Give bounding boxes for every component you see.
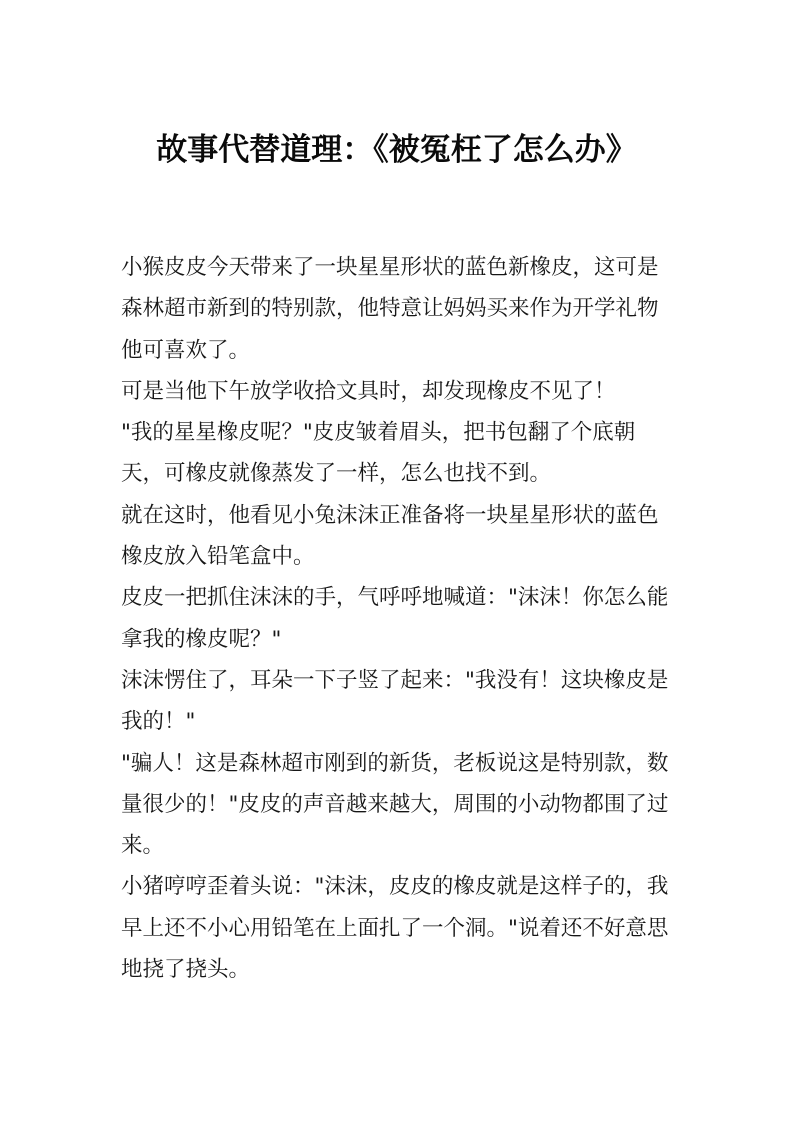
paragraph: 皮皮一把抓住沫沫的手，气呼呼地喊道："沫沫！你怎么能拿我的橡皮呢？" — [121, 577, 677, 660]
paragraph: "我的星星橡皮呢？"皮皮皱着眉头，把书包翻了个底朝天，可橡皮就像蒸发了一样，怎么… — [121, 412, 677, 495]
paragraph: "骗人！这是森林超市刚到的新货，老板说这是特别款，数量很少的！"皮皮的声音越来越… — [121, 743, 677, 867]
story-body: 小猴皮皮今天带来了一块星星形状的蓝色新橡皮，这可是森林超市新到的特别款，他特意让… — [121, 247, 677, 990]
paragraph: 小猴皮皮今天带来了一块星星形状的蓝色新橡皮，这可是森林超市新到的特别款，他特意让… — [121, 247, 677, 371]
paragraph: 可是当他下午放学收拾文具时，却发现橡皮不见了！ — [121, 371, 677, 412]
paragraph: 小猪哼哼歪着头说："沫沫，皮皮的橡皮就是这样子的，我早上还不小心用铅笔在上面扎了… — [121, 866, 677, 990]
paragraph: 沫沫愣住了，耳朵一下子竖了起来："我没有！这块橡皮是我的！" — [121, 660, 677, 743]
document-title: 故事代替道理：《被冤枉了怎么办》 — [0, 128, 793, 172]
document-page: 故事代替道理：《被冤枉了怎么办》 小猴皮皮今天带来了一块星星形状的蓝色新橡皮，这… — [0, 0, 793, 1122]
paragraph: 就在这时，他看见小兔沫沫正准备将一块星星形状的蓝色橡皮放入铅笔盒中。 — [121, 495, 677, 578]
